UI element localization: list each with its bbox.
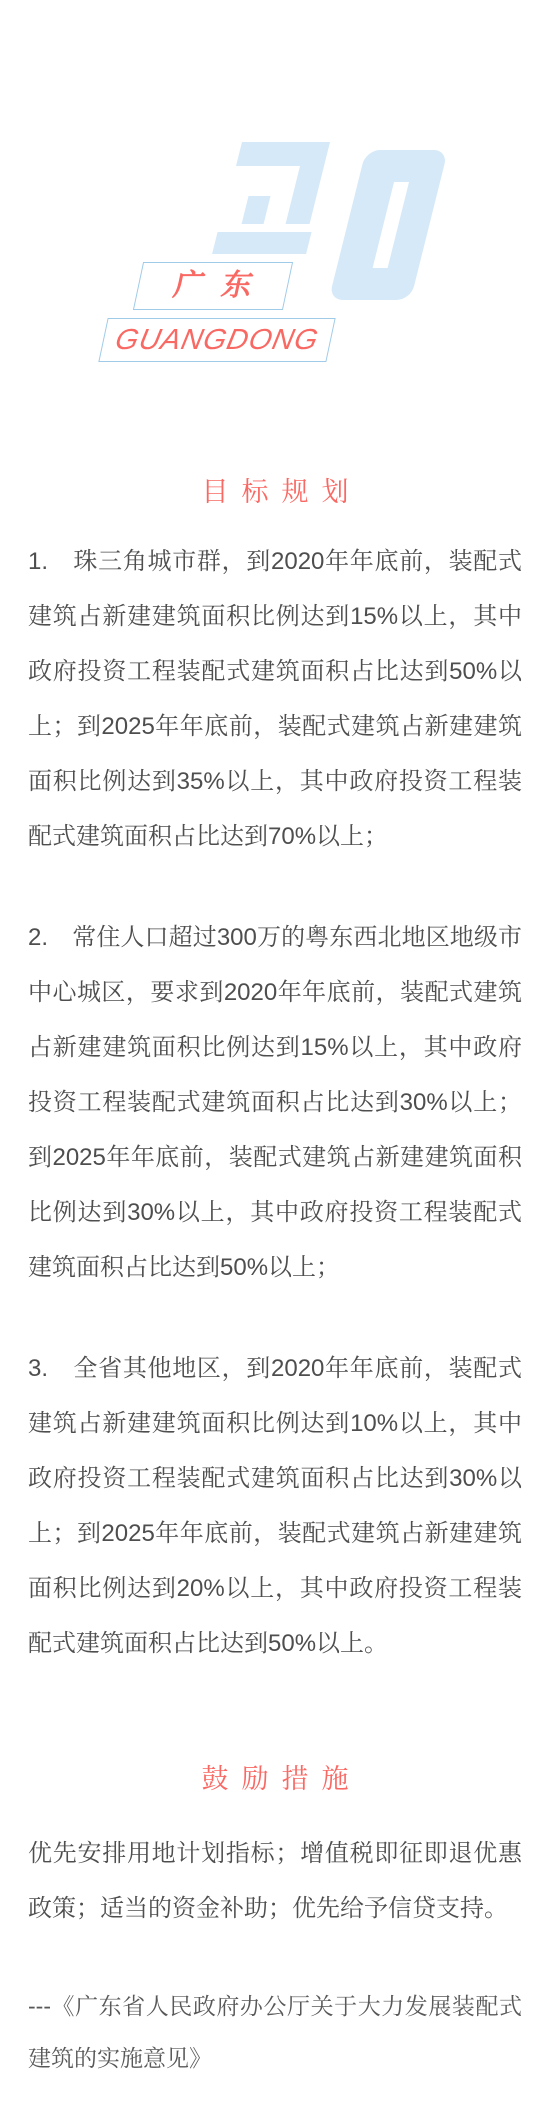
goals-paragraph-1: 1. 珠三角城市群，到2020年年底前，装配式建筑占新建建筑面积比例达到15%以… — [28, 534, 522, 864]
source-citation: ---《广东省人民政府办公厅关于大力发展装配式建筑的实施意见》 — [28, 1980, 522, 2108]
region-label-box: 广东 — [133, 262, 293, 310]
incentives-paragraph: 优先安排用地计划指标；增值税即征即退优惠政策；适当的资金补助；优先给予信贷支持。 — [28, 1826, 522, 1936]
goals-paragraph-2: 2. 常住人口超过300万的粤东西北地区地级市中心城区，要求到2020年年底前，… — [28, 910, 522, 1295]
digit-2-mid-segment — [242, 196, 271, 224]
region-label-en-box: GUANGDONG — [98, 318, 335, 362]
goals-content: 1. 珠三角城市群，到2020年年底前，装配式建筑占新建建筑面积比例达到15%以… — [0, 534, 550, 1671]
goals-paragraph-3: 3. 全省其他地区，到2020年年底前，装配式建筑占新建建筑面积比例达到10%以… — [28, 1341, 522, 1671]
section-heading-incentives: 鼓励措施 — [0, 1671, 550, 1795]
page: 广东 GUANGDONG 目标规划 1. 珠三角城市群，到2020年年底前，装配… — [0, 0, 550, 2108]
section-heading-goals: 目标规划 — [0, 372, 550, 508]
digit-2-top-segment — [222, 142, 330, 224]
header-logo-area: 广东 GUANGDONG — [0, 0, 550, 372]
digit-0-shape — [329, 150, 448, 300]
digit-2-bottom-segment — [212, 232, 311, 254]
region-label-en: GUANGDONG — [113, 326, 322, 355]
incentives-content: 优先安排用地计划指标；增值税即征即退优惠政策；适当的资金补助；优先给予信贷支持。… — [0, 1826, 550, 2108]
region-label-cn: 广东 — [171, 271, 273, 301]
